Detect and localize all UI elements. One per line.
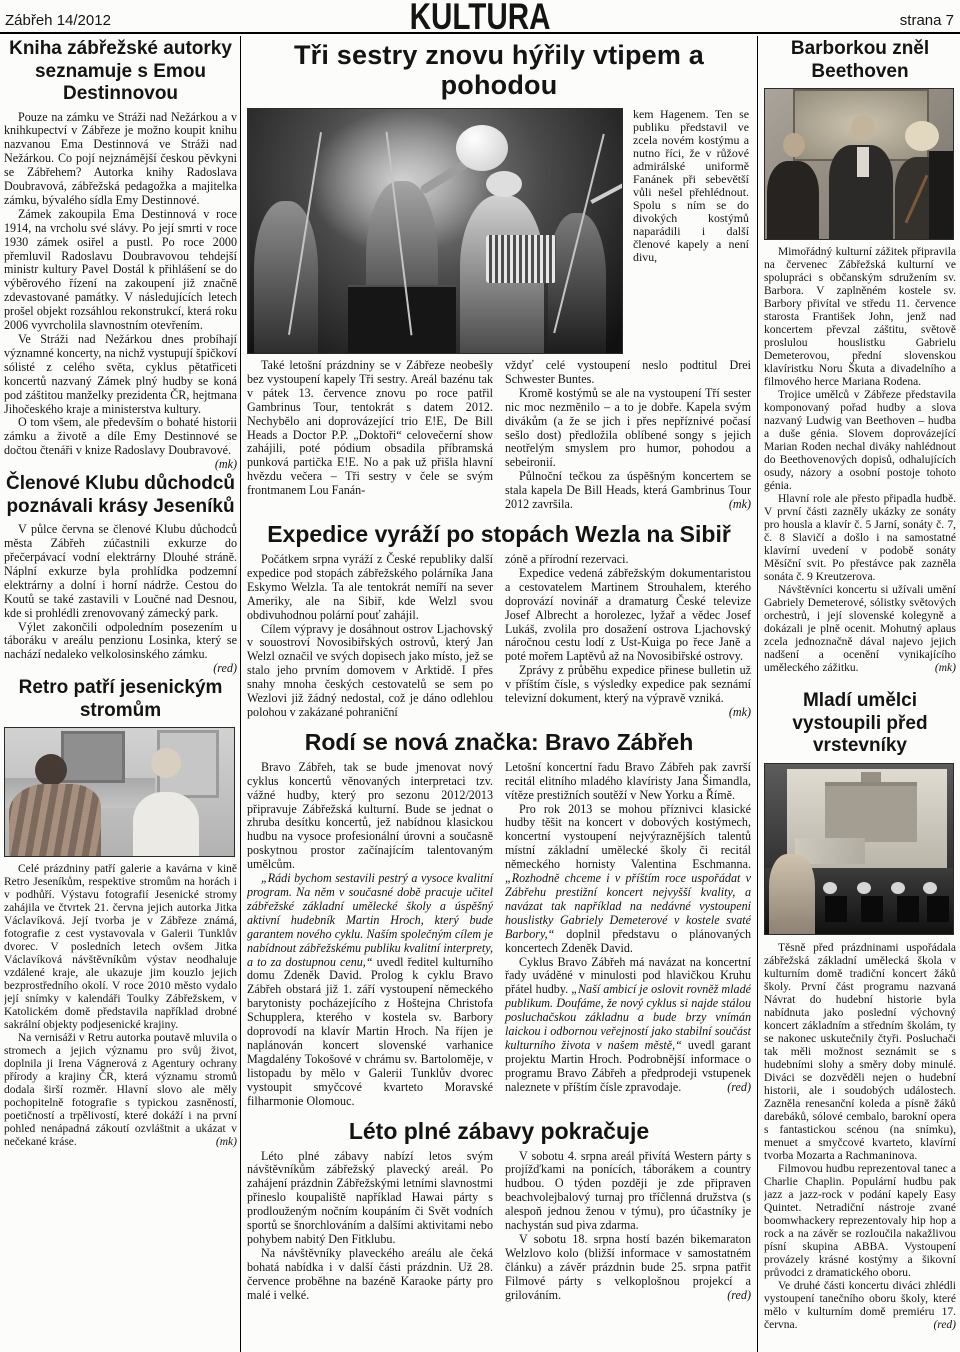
balloon — [456, 125, 508, 171]
article-paragraph: Letošní koncertní řadu Bravo Zábřeh pak … — [505, 761, 751, 803]
article-paragraph: Kromě kostýmů se ale na vystoupení Tří s… — [505, 387, 751, 470]
article-title: Retro patří jesenickým stromům — [4, 677, 237, 722]
article-paragraph: Těsně před prázdninami uspořádala zábřež… — [764, 942, 956, 1163]
article-paragraph: Mimořádný kulturní zážitek připravila na… — [764, 246, 956, 389]
article-paragraph: Na vernisáži v Retru autorka poutavě mlu… — [4, 1032, 237, 1149]
actor-head — [851, 115, 875, 141]
page-number: strana 7 — [900, 12, 954, 29]
author-initials: (mk) — [715, 498, 751, 512]
music-stand — [927, 896, 949, 922]
column-divider — [240, 36, 241, 1352]
author-initials: (red) — [199, 662, 237, 676]
author-initials: (mk) — [715, 706, 751, 720]
beethoven-concert-photo — [764, 88, 954, 240]
framed-photo — [61, 731, 125, 783]
blonde-hair — [486, 171, 522, 197]
article-paragraph: Počátkem srpna vyráží z České republiky … — [247, 553, 493, 623]
article-title: Tři sestry znovu hýřily vtipem a pohodou — [247, 40, 751, 100]
music-stand — [825, 896, 847, 922]
article-book: Kniha zábřežské autorky seznamuje s Emou… — [4, 38, 237, 458]
article-title: Barborkou zněl Beethoven — [764, 38, 956, 83]
article-paragraph: Ve Stráži nad Nežárkou dnes probíhají vý… — [4, 333, 237, 416]
article-paragraph: Také letošní prázdniny se v Zábřeze neob… — [247, 359, 493, 498]
author-initials: (red) — [713, 1081, 751, 1095]
visitor-silhouette — [35, 754, 67, 786]
wig — [923, 882, 937, 894]
retro-exhibition-photo — [4, 727, 235, 857]
wig — [891, 882, 905, 894]
article-paragraph: Celé prázdniny patří galerie a kavárna v… — [4, 863, 237, 1032]
article-expedition: Expedice vyráží po stopách Wezla na Sibi… — [247, 521, 751, 720]
author-silhouette — [133, 792, 199, 856]
column-divider — [757, 36, 758, 1352]
author-initials: (red) — [713, 1289, 751, 1303]
article-title: Členové Klubu důchodců poznávali krásy J… — [4, 473, 237, 518]
article-beethoven: Barborkou zněl Beethoven Mimořádný kultu… — [764, 38, 956, 675]
article-paragraph: zóně a přírodní rezervaci. — [505, 553, 751, 567]
article-paragraph: Filmovou hudbu reprezentoval tanec a Cha… — [764, 1163, 956, 1280]
castle-backdrop — [825, 782, 917, 842]
article-paragraph: Bravo Zábřeh, tak se bude jmenovat nový … — [247, 761, 493, 872]
article-paragraph: Půlnoční tečkou za úspěšným koncertem se… — [505, 470, 751, 512]
article-paragraph: Návštěvníci koncertu si užívali umění Ga… — [764, 584, 956, 675]
article-paragraph: Cílem výpravy je dosáhnout ostrov Ljacho… — [247, 623, 493, 720]
article-paragraph: Zprávy z průběhu expedice přinese bullet… — [505, 664, 751, 706]
road-case — [348, 285, 456, 353]
author-initials: (mk) — [202, 1136, 237, 1149]
article-paragraph: Ve druhé části koncertu diváci zhlédli v… — [764, 1280, 956, 1332]
author-initials: (mk) — [921, 662, 956, 675]
article-paragraph: Léto plné zábavy nabízí letos svým návšt… — [247, 1150, 493, 1247]
center-columns: Tři sestry znovu hýřily vtipem a pohodou — [247, 38, 751, 1352]
article-paragraph: kem Hagenem. Ten se publiku představil v… — [633, 108, 749, 264]
article-paragraph: „Rádi bychom sestavili pestrý a vysoce k… — [247, 872, 493, 1108]
pianist-head — [783, 133, 805, 157]
pianist-silhouette — [767, 161, 819, 239]
wig — [823, 882, 837, 894]
white-shirt — [857, 147, 869, 177]
music-stand — [897, 896, 919, 922]
article-paragraph: Cyklus Bravo Zábřeh má navázat na koncer… — [505, 956, 751, 1095]
author-initials: (mk) — [201, 458, 237, 472]
article-title: Rodí se nová značka: Bravo Zábřeh — [247, 729, 751, 755]
musician-silhouette — [254, 201, 318, 353]
article-paragraph: Zámek zakoupila Ema Destinnová v roce 19… — [4, 208, 237, 333]
newspaper-page: Zábřeh 14/2012 KULTURA strana 7 Kniha zá… — [0, 0, 960, 1352]
article-title: Kniha zábřežské autorky seznamuje s Emou… — [4, 38, 237, 106]
accordion — [486, 235, 556, 283]
visitor-silhouette — [9, 784, 101, 856]
article-retro: Retro patří jesenickým stromům Celé práz… — [4, 677, 237, 1149]
article-paragraph: Pro rok 2013 se mohou příznivci klasické… — [505, 803, 751, 956]
article-paragraph: Expedice vedená zábřežským dokumentarist… — [505, 567, 751, 664]
article-paragraph: Hlavní role ale přesto připadla hudbě. V… — [764, 493, 956, 584]
music-stand — [861, 896, 883, 922]
article-title: Léto plné zábavy pokračuje — [247, 1118, 751, 1144]
article-paragraph: V sobotu 18. srpna hostí bazén bikemarat… — [505, 1233, 751, 1303]
costumed-singer — [769, 854, 815, 934]
article-summer: Léto plné zábavy pokračuje Léto plné záb… — [247, 1118, 751, 1303]
article-paragraph: V půlce června se členové Klubu důchodců… — [4, 523, 237, 620]
article-title: Expedice vyráží po stopách Wezla na Sibi… — [247, 521, 751, 547]
concert-stage-photo — [247, 108, 623, 354]
article-paragraph: Trojice umělců v Zábřeze představila kom… — [764, 389, 956, 493]
wig — [857, 882, 871, 894]
article-young-artists: Mladí umělci vystoupili před vrstevníky … — [764, 690, 956, 1332]
right-column: Barborkou zněl Beethoven Mimořádný kultu… — [764, 38, 956, 1352]
article-paragraph: Výlet zakončili odpoledním posezením u t… — [4, 621, 237, 663]
left-column: Kniha zábřežské autorky seznamuje s Emou… — [4, 38, 237, 1352]
header-rule — [0, 32, 960, 34]
article-paragraph: vždyť celé vystoupení neslo podtitul Dre… — [505, 359, 751, 387]
article-paragraph: Na návštěvníky plaveckého areálu ale ček… — [247, 1247, 493, 1303]
school-concert-photo — [764, 763, 954, 935]
article-bravo: Rodí se nová značka: Bravo Zábřeh Bravo … — [247, 729, 751, 1109]
grand-piano — [929, 151, 953, 239]
article-paragraph: Pouze na zámku ve Stráži nad Nežárkou a … — [4, 111, 237, 208]
author-initials: (red) — [919, 1319, 956, 1332]
article-paragraph: V sobotu 4. srpna areál přivítá Western … — [505, 1150, 751, 1233]
photo-side-text: kem Hagenem. Ten se publiku představil v… — [633, 108, 749, 354]
article-tri-sestry: Tři sestry znovu hýřily vtipem a pohodou — [247, 40, 751, 512]
violinist-hair — [905, 121, 939, 151]
article-paragraph: O tom všem, ale především o bohaté histo… — [4, 416, 237, 458]
article-title: Mladí umělci vystoupili před vrstevníky — [764, 690, 956, 758]
article-seniors: Členové Klubu důchodců poznávali krásy J… — [4, 473, 237, 662]
